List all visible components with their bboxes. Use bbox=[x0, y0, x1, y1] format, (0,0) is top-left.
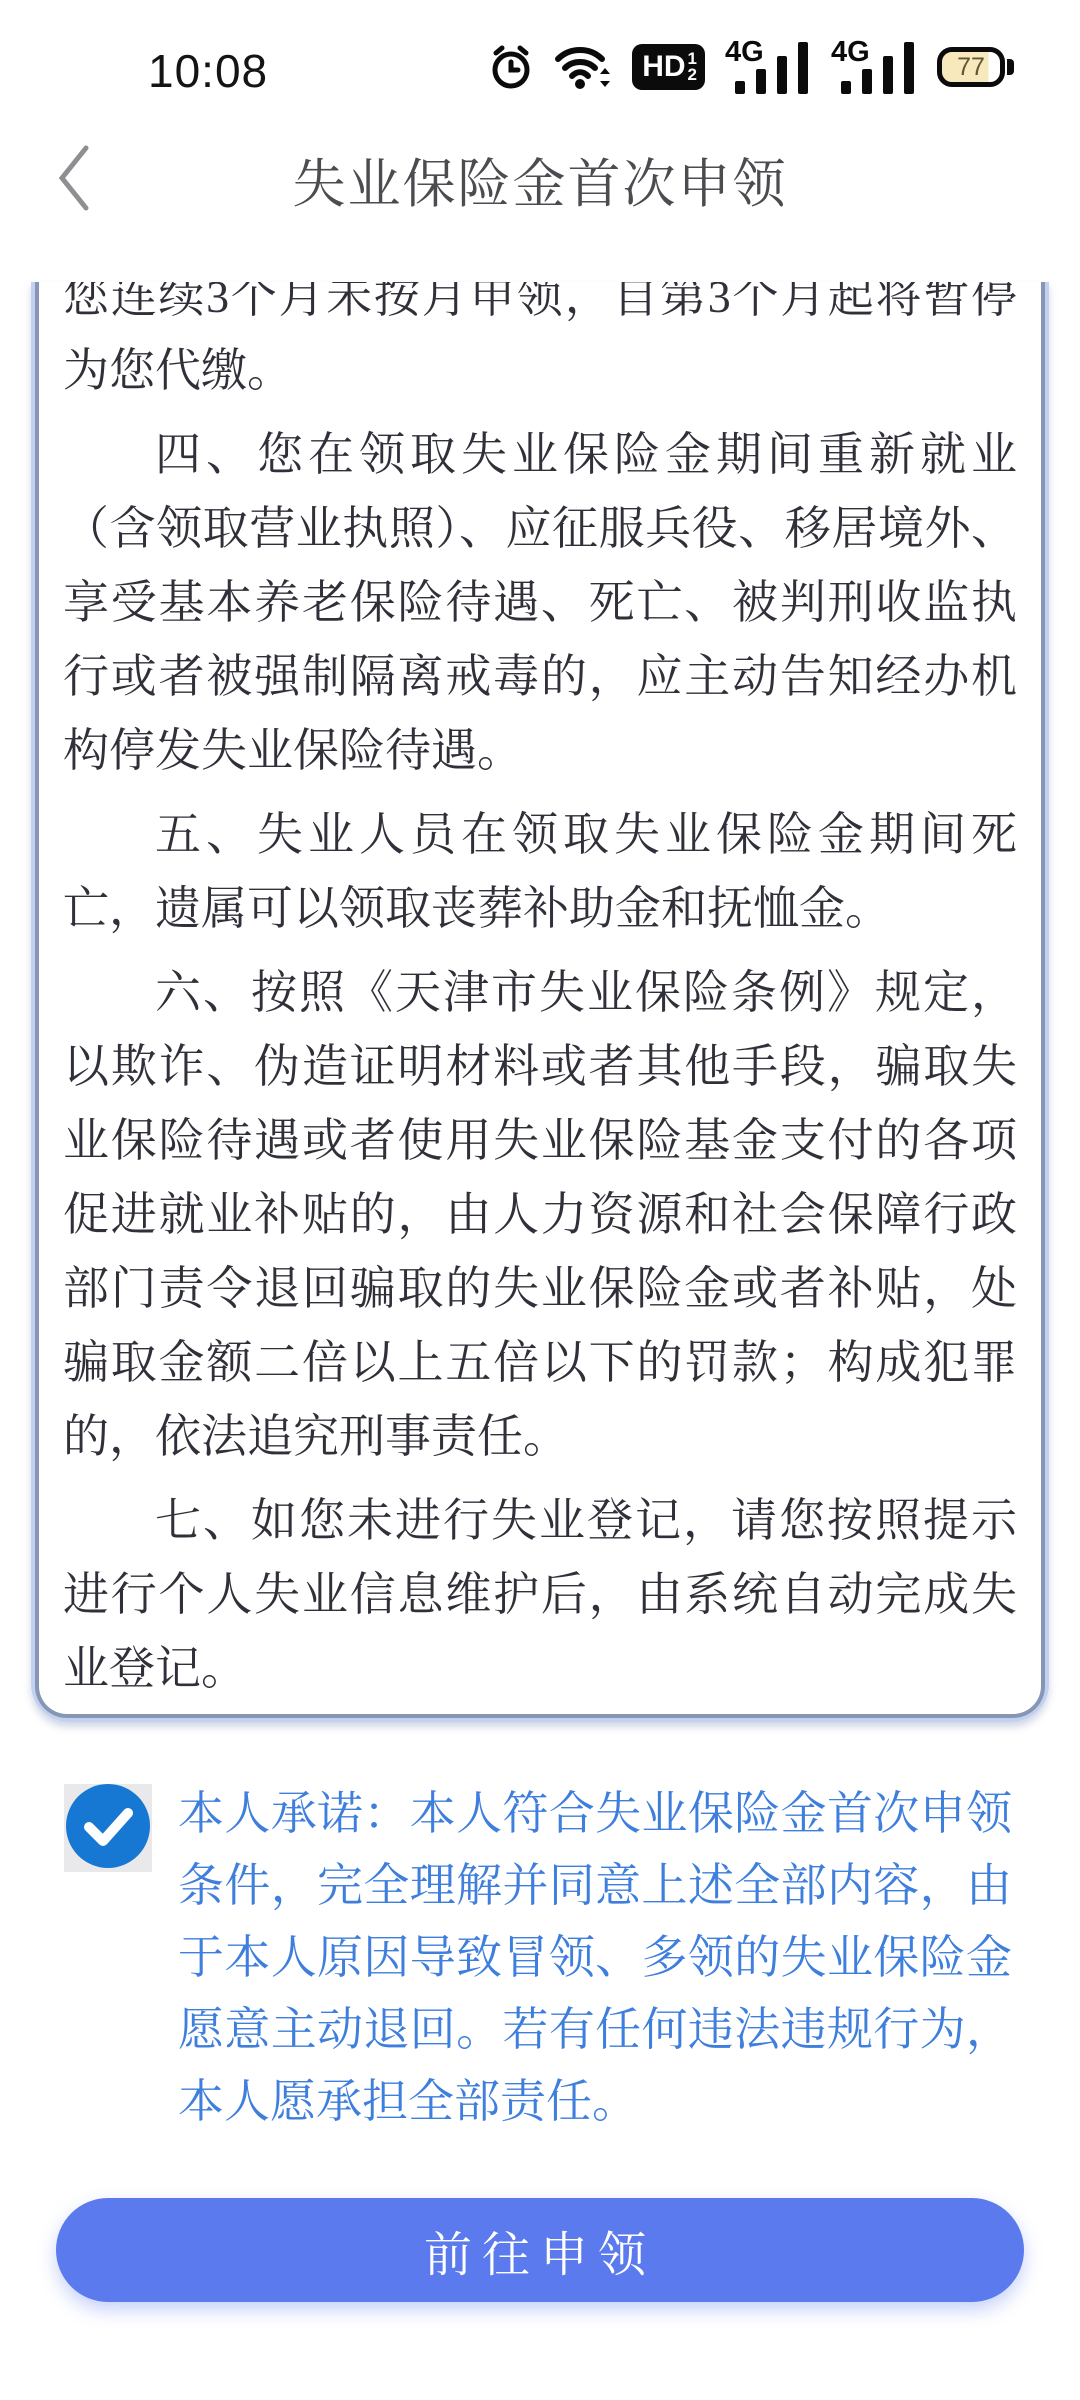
volte-hd-icon: HD 1 2 bbox=[632, 44, 705, 90]
cellular-signal-icon-sim2: 4G bbox=[831, 40, 917, 94]
network-type-label: 4G bbox=[725, 38, 764, 67]
status-bar: 10:08 HD 1 2 bbox=[0, 0, 1080, 100]
notice-paragraph: 六、按照《天津市失业保险条例》规定，以欺诈、伪造证明材料或者其他手段，骗取失业保… bbox=[63, 956, 1017, 1474]
notice-paragraph: 您连续3个月未按月申领，自第3个月起将暂停为您代缴。 bbox=[63, 282, 1017, 408]
nav-bar: 失业保险金首次申领 bbox=[0, 100, 1080, 260]
consent-statement: 本人承诺：本人符合失业保险金首次申领条件，完全理解并同意上述全部内容，由于本人原… bbox=[178, 1778, 1012, 2138]
network-type-label: 4G bbox=[831, 38, 870, 67]
notice-scroll-area[interactable]: 您连续3个月未按月申领，自第3个月起将暂停为您代缴。四、您在领取失业保险金期间重… bbox=[35, 282, 1045, 1718]
hd-label: HD bbox=[642, 52, 685, 82]
battery-icon: 77 bbox=[937, 47, 1014, 87]
back-button[interactable] bbox=[44, 140, 104, 220]
consent-checkbox[interactable] bbox=[64, 1784, 152, 1872]
notice-card: 您连续3个月未按月申领，自第3个月起将暂停为您代缴。四、您在领取失业保险金期间重… bbox=[31, 282, 1049, 1722]
go-apply-button[interactable]: 前往申领 bbox=[56, 2198, 1024, 2302]
notice-paragraph: 七、如您未进行失业登记，请您按照提示进行个人失业信息维护后，由系统自动完成失业登… bbox=[63, 1484, 1017, 1706]
hd-fraction: 1 2 bbox=[688, 51, 697, 83]
back-chevron-icon bbox=[56, 144, 92, 217]
status-icons: HD 1 2 4G 4G 77 bbox=[488, 40, 1014, 94]
notice-paragraph: 四、您在领取失业保险金期间重新就业（含领取营业执照）、应征服兵役、移居境外、享受… bbox=[63, 418, 1017, 788]
cellular-signal-icon-sim1: 4G bbox=[725, 40, 811, 94]
consent-row: 本人承诺：本人符合失业保险金首次申领条件，完全理解并同意上述全部内容，由于本人原… bbox=[0, 1784, 1080, 2138]
clock-time: 10:08 bbox=[148, 48, 268, 94]
battery-percent: 77 bbox=[957, 55, 985, 80]
wifi-icon bbox=[554, 43, 612, 91]
page-title: 失业保险金首次申领 bbox=[293, 142, 788, 218]
checkmark-circle-icon bbox=[65, 1783, 151, 1874]
alarm-icon bbox=[488, 44, 534, 90]
notice-text: 您连续3个月未按月申领，自第3个月起将暂停为您代缴。四、您在领取失业保险金期间重… bbox=[39, 282, 1041, 1706]
notice-paragraph: 五、失业人员在领取失业保险金期间死亡，遗属可以领取丧葬补助金和抚恤金。 bbox=[63, 798, 1017, 946]
